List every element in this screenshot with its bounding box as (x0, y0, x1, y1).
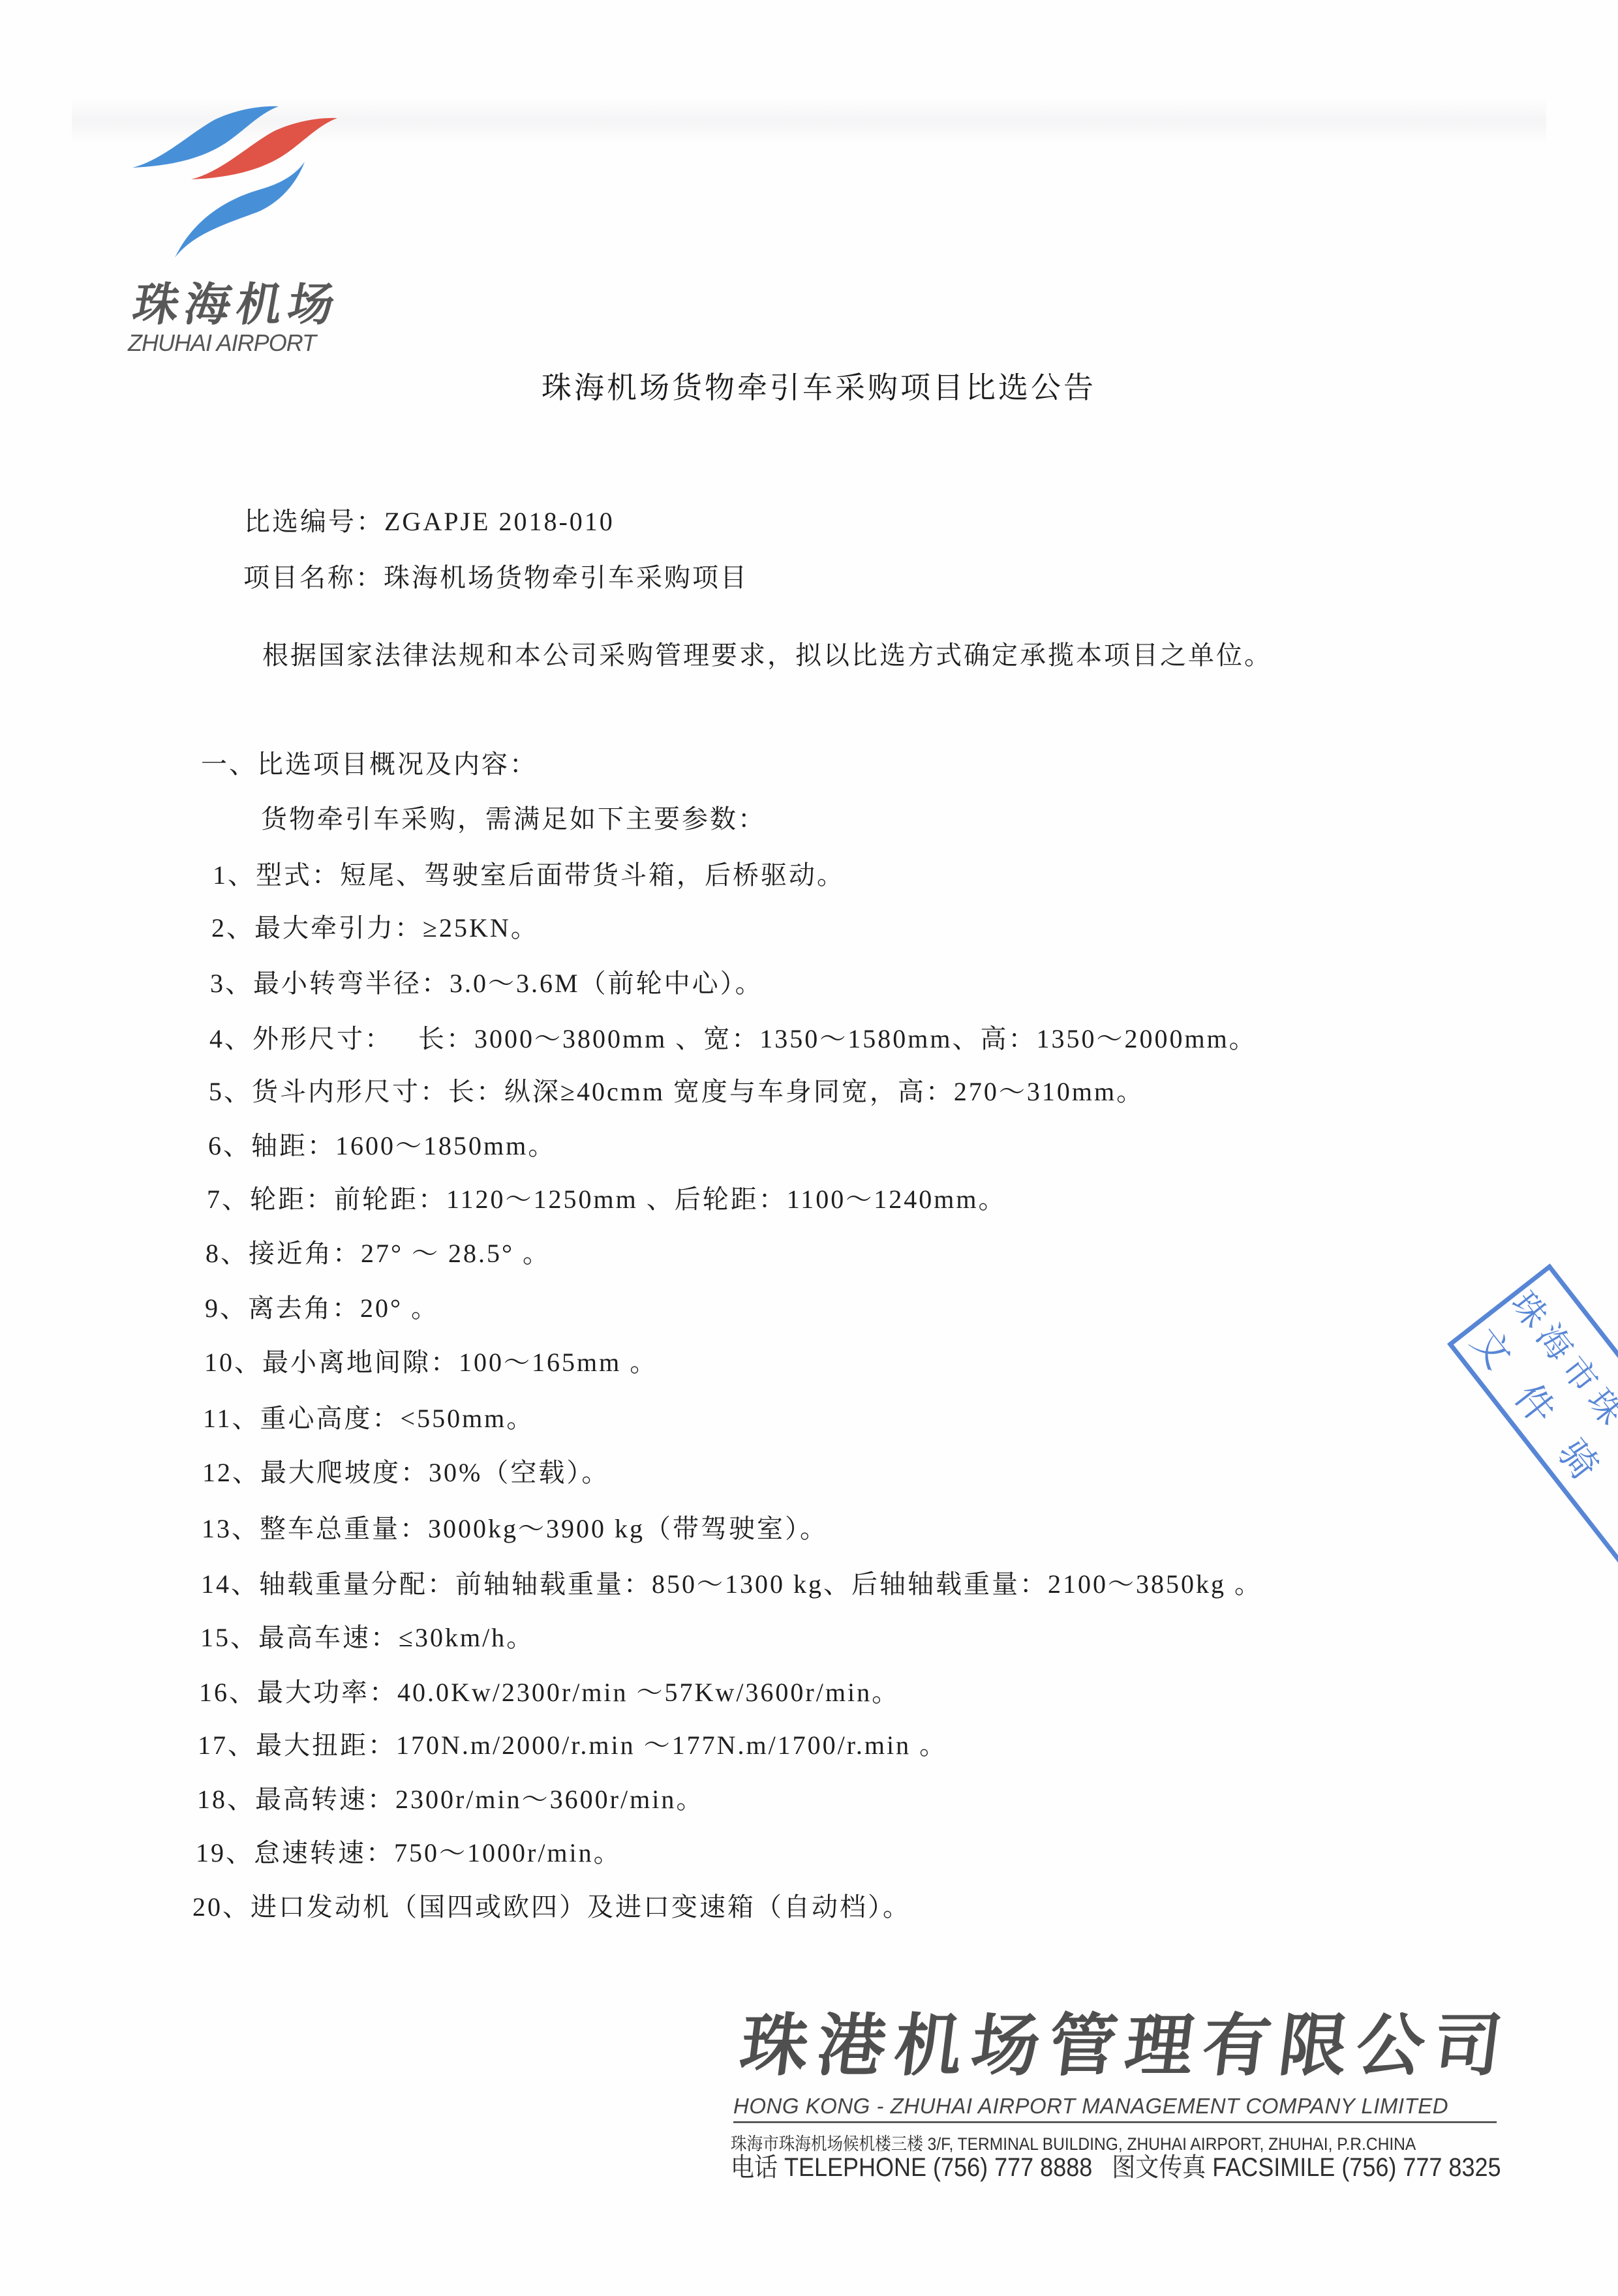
spec-item-text: 轴距：1600～1850mm。 (251, 1131, 556, 1160)
spec-item: 6、轴距：1600～1850mm。 (208, 1130, 556, 1162)
spec-item: 5、货斗内形尺寸：长：纵深≥40cmm 宽度与车身同宽，高：270～310mm。 (209, 1076, 1144, 1108)
spec-item-number: 16、 (199, 1678, 257, 1707)
intro-paragraph: 根据国家法律法规和本公司采购管理要求，拟以比选方式确定承揽本项目之单位。 (262, 639, 1272, 672)
spec-item: 3、最小转弯半径：3.0～3.6M（前轮中心）。 (210, 967, 763, 1000)
spec-item: 15、最高车速：≤30km/h。 (200, 1622, 534, 1654)
spec-item-number: 1、 (213, 860, 256, 890)
spec-item: 20、进口发动机（国四或欧四）及进口变速箱（自动档）。 (192, 1891, 911, 1924)
project-name-value: 珠海机场货物牵引车采购项目 (384, 563, 748, 592)
spec-item: 14、轴载重量分配：前轴轴载重量：850～1300 kg、后轴轴载重量：2100… (201, 1568, 1262, 1601)
spec-item-number: 7、 (207, 1185, 250, 1214)
spec-item-text: 进口发动机（国四或欧四）及进口变速箱（自动档）。 (251, 1892, 911, 1922)
spec-item-number: 20、 (192, 1892, 251, 1922)
spec-item-number: 11、 (203, 1404, 260, 1433)
logo-wordmark-cn: 珠海机场 (129, 279, 344, 330)
seam-seal-stamp: 珠海市珠 文件骑 (1422, 1239, 1618, 1605)
spec-item: 10、最小离地间隙：100～165mm 。 (204, 1346, 658, 1379)
spec-item: 2、最大牵引力：≥25KN。 (211, 912, 539, 944)
footer-phone-fax: 电话 TELEPHONE (756) 777 8888 图文传真 FACSIMI… (731, 2152, 1501, 2183)
spec-item-text: 货斗内形尺寸：长：纵深≥40cmm 宽度与车身同宽，高：270～310mm。 (252, 1077, 1144, 1106)
project-name-row: 项目名称：珠海机场货物牵引车采购项目 (209, 529, 748, 627)
spec-item: 11、重心高度：<550mm。 (203, 1402, 534, 1435)
spec-item-text: 最大爬坡度：30%（空载）。 (260, 1458, 609, 1487)
spec-item-number: 17、 (198, 1730, 256, 1760)
zhuhai-airport-logo-icon (130, 98, 352, 267)
spec-item: 13、整车总重量：3000kg～3900 kg（带驾驶室）。 (202, 1513, 828, 1545)
spec-item-text: 最高转速：2300r/min～3600r/min。 (255, 1785, 704, 1814)
spec-item-number: 6、 (208, 1131, 251, 1160)
spec-item-number: 12、 (202, 1458, 260, 1487)
spec-item-number: 3、 (210, 969, 253, 998)
spec-item: 12、最大爬坡度：30%（空载）。 (202, 1457, 609, 1489)
document-page: 珠海机场 ZHUHAI AIRPORT 珠海机场货物牵引车采购项目比选公告 比选… (0, 0, 1618, 2296)
spec-item: 1、型式：短尾、驾驶室后面带货斗箱，后桥驱动。 (213, 859, 845, 892)
project-name-label: 项目名称： (243, 563, 384, 592)
spec-item: 16、最大功率：40.0Kw/2300r/min ～57Kw/3600r/min… (199, 1676, 900, 1709)
spec-item-text: 轮距：前轮距：1120～1250mm 、后轮距：1100～1240mm。 (250, 1185, 1006, 1214)
footer-company-name-en: HONG KONG - ZHUHAI AIRPORT MANAGEMENT CO… (733, 2094, 1448, 2118)
spec-item: 17、最大扭距：170N.m/2000/r.min ～177N.m/1700/r… (198, 1729, 947, 1762)
spec-item-text: 最大牵引力：≥25KN。 (254, 913, 539, 943)
spec-item-number: 10、 (204, 1348, 262, 1377)
spec-item-text: 最小转弯半径：3.0～3.6M（前轮中心）。 (253, 969, 763, 998)
spec-item: 19、怠速转速：750～1000r/min。 (196, 1837, 622, 1869)
spec-item: 9、离去角：20° 。 (205, 1292, 439, 1325)
spec-item-number: 18、 (197, 1785, 255, 1814)
section-heading: 一、比选项目概况及内容： (201, 748, 538, 781)
spec-item-number: 4、 (209, 1024, 252, 1053)
spec-item-text: 重心高度：<550mm。 (260, 1404, 535, 1433)
spec-item-text: 接近角：27° ～ 28.5° 。 (249, 1239, 551, 1268)
logo-wordmark-en: ZHUHAI AIRPORT (128, 330, 316, 356)
section-lead: 货物牵引车采购，需满足如下主要参数： (261, 803, 766, 836)
spec-item-text: 轴载重量分配：前轴轴载重量：850～1300 kg、后轴轴载重量：2100～38… (259, 1569, 1262, 1599)
spec-item: 4、外形尺寸： 长：3000～3800mm 、宽：1350～1580mm、高：1… (209, 1023, 1257, 1055)
footer-divider (733, 2121, 1497, 2123)
spec-item: 18、最高转速：2300r/min～3600r/min。 (197, 1783, 704, 1816)
spec-item-text: 最大功率：40.0Kw/2300r/min ～57Kw/3600r/min。 (257, 1678, 900, 1707)
spec-item-number: 19、 (196, 1838, 254, 1867)
spec-item-number: 2、 (211, 913, 254, 943)
spec-item: 8、接近角：27° ～ 28.5° 。 (206, 1237, 551, 1270)
spec-item-text: 最小离地间隙：100～165mm 。 (262, 1348, 658, 1377)
logo-stroke-blue-bottom (175, 162, 305, 258)
spec-item-text: 型式：短尾、驾驶室后面带货斗箱，后桥驱动。 (256, 860, 845, 890)
spec-item-text: 最高车速：≤30km/h。 (258, 1623, 534, 1652)
spec-item-number: 15、 (200, 1623, 258, 1652)
footer-address: 珠海市珠海机场候机楼三楼 3/F, TERMINAL BUILDING, ZHU… (731, 2134, 1416, 2154)
spec-item: 7、轮距：前轮距：1120～1250mm 、后轮距：1100～1240mm。 (207, 1183, 1006, 1216)
spec-item-text: 最大扭距：170N.m/2000/r.min ～177N.m/1700/r.mi… (256, 1730, 947, 1760)
spec-item-text: 怠速转速：750～1000r/min。 (254, 1838, 622, 1867)
spec-item-text: 整车总重量：3000kg～3900 kg（带驾驶室）。 (260, 1514, 828, 1543)
spec-item-number: 9、 (205, 1293, 248, 1323)
spec-item-text: 外形尺寸： 长：3000～3800mm 、宽：1350～1580mm、高：135… (252, 1024, 1257, 1053)
spec-item-number: 14、 (201, 1569, 259, 1599)
document-title: 珠海机场货物牵引车采购项目比选公告 (542, 369, 1096, 406)
spec-item-number: 8、 (206, 1239, 249, 1268)
footer-company-name-cn: 珠港机场管理有限公司 (736, 2006, 1516, 2085)
spec-item-text: 离去角：20° 。 (248, 1293, 439, 1323)
spec-item-number: 13、 (202, 1514, 260, 1543)
spec-item-number: 5、 (209, 1077, 252, 1106)
